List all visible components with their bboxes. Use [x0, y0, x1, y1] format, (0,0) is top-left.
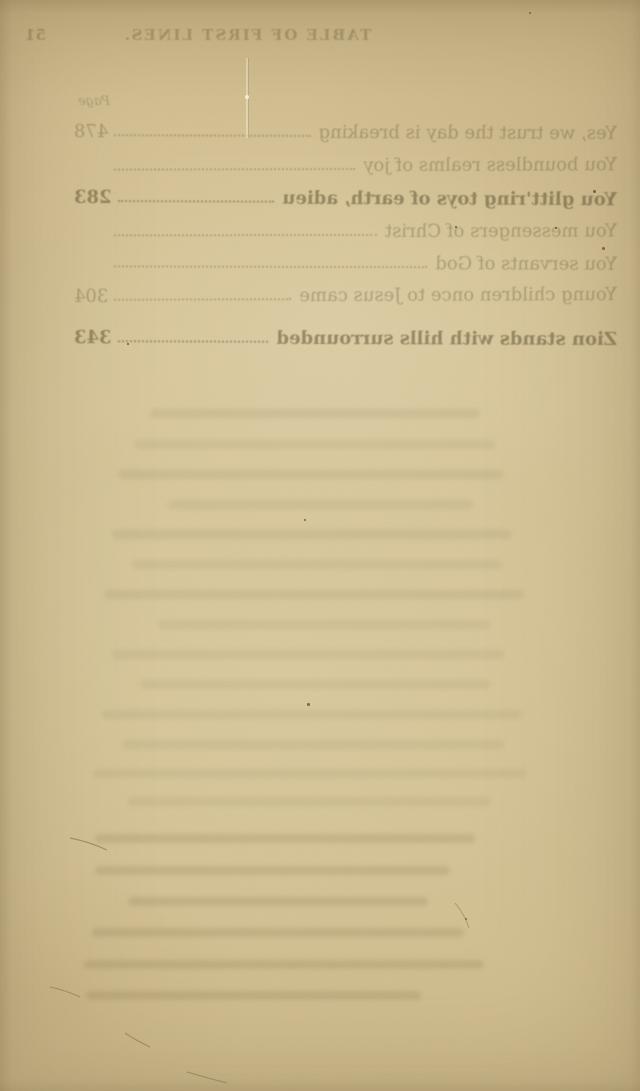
- index-entry: You boundless realms of joy: [68, 154, 617, 176]
- index-entry: You servants of God: [68, 252, 617, 274]
- index-entry: Zion stands with hills surrounded 343: [68, 327, 617, 350]
- entry-page-number: 343: [68, 327, 112, 348]
- index-entry: You messengers of Christ: [68, 221, 617, 243]
- book-page: TABLE OF FIRST LINES. 51 Page Yes, we tr…: [0, 0, 640, 1091]
- dot-leader: [114, 168, 355, 171]
- entry-first-line: You glitt'ring toys of earth, adieu: [282, 188, 617, 210]
- entry-first-line: Young children once to Jesus came: [299, 284, 617, 306]
- dot-leader: [118, 340, 269, 343]
- entry-first-line: Yes, we trust the day is breaking: [319, 122, 617, 144]
- running-head: TABLE OF FIRST LINES.: [102, 26, 392, 44]
- index-entry: Yes, we trust the day is breaking 478: [68, 121, 617, 144]
- index-entry: Young children once to Jesus came 304: [68, 284, 617, 307]
- entry-page-number: 478: [68, 121, 108, 142]
- page-column-label: Page: [78, 94, 110, 109]
- dot-leader: [114, 265, 427, 268]
- entry-first-line: You servants of God: [435, 253, 617, 274]
- dot-leader: [114, 234, 377, 236]
- entry-first-line: You messengers of Christ: [385, 221, 617, 242]
- entry-first-line: You boundless realms of joy: [363, 154, 617, 176]
- entry-page-number: 304: [68, 286, 108, 307]
- showthrough-content: TABLE OF FIRST LINES. 51 Page Yes, we tr…: [68, 0, 617, 420]
- dot-leader: [114, 134, 310, 137]
- entry-page-number: 283: [68, 187, 112, 208]
- dot-leader: [114, 298, 291, 301]
- index-entry: You glitt'ring toys of earth, adieu 283: [68, 187, 617, 210]
- dot-leader: [118, 200, 275, 203]
- entry-first-line: Zion stands with hills surrounded: [276, 328, 617, 350]
- showthrough-layer: TABLE OF FIRST LINES. 51 Page Yes, we tr…: [0, 0, 640, 1091]
- folio-page-number: 51: [25, 26, 46, 44]
